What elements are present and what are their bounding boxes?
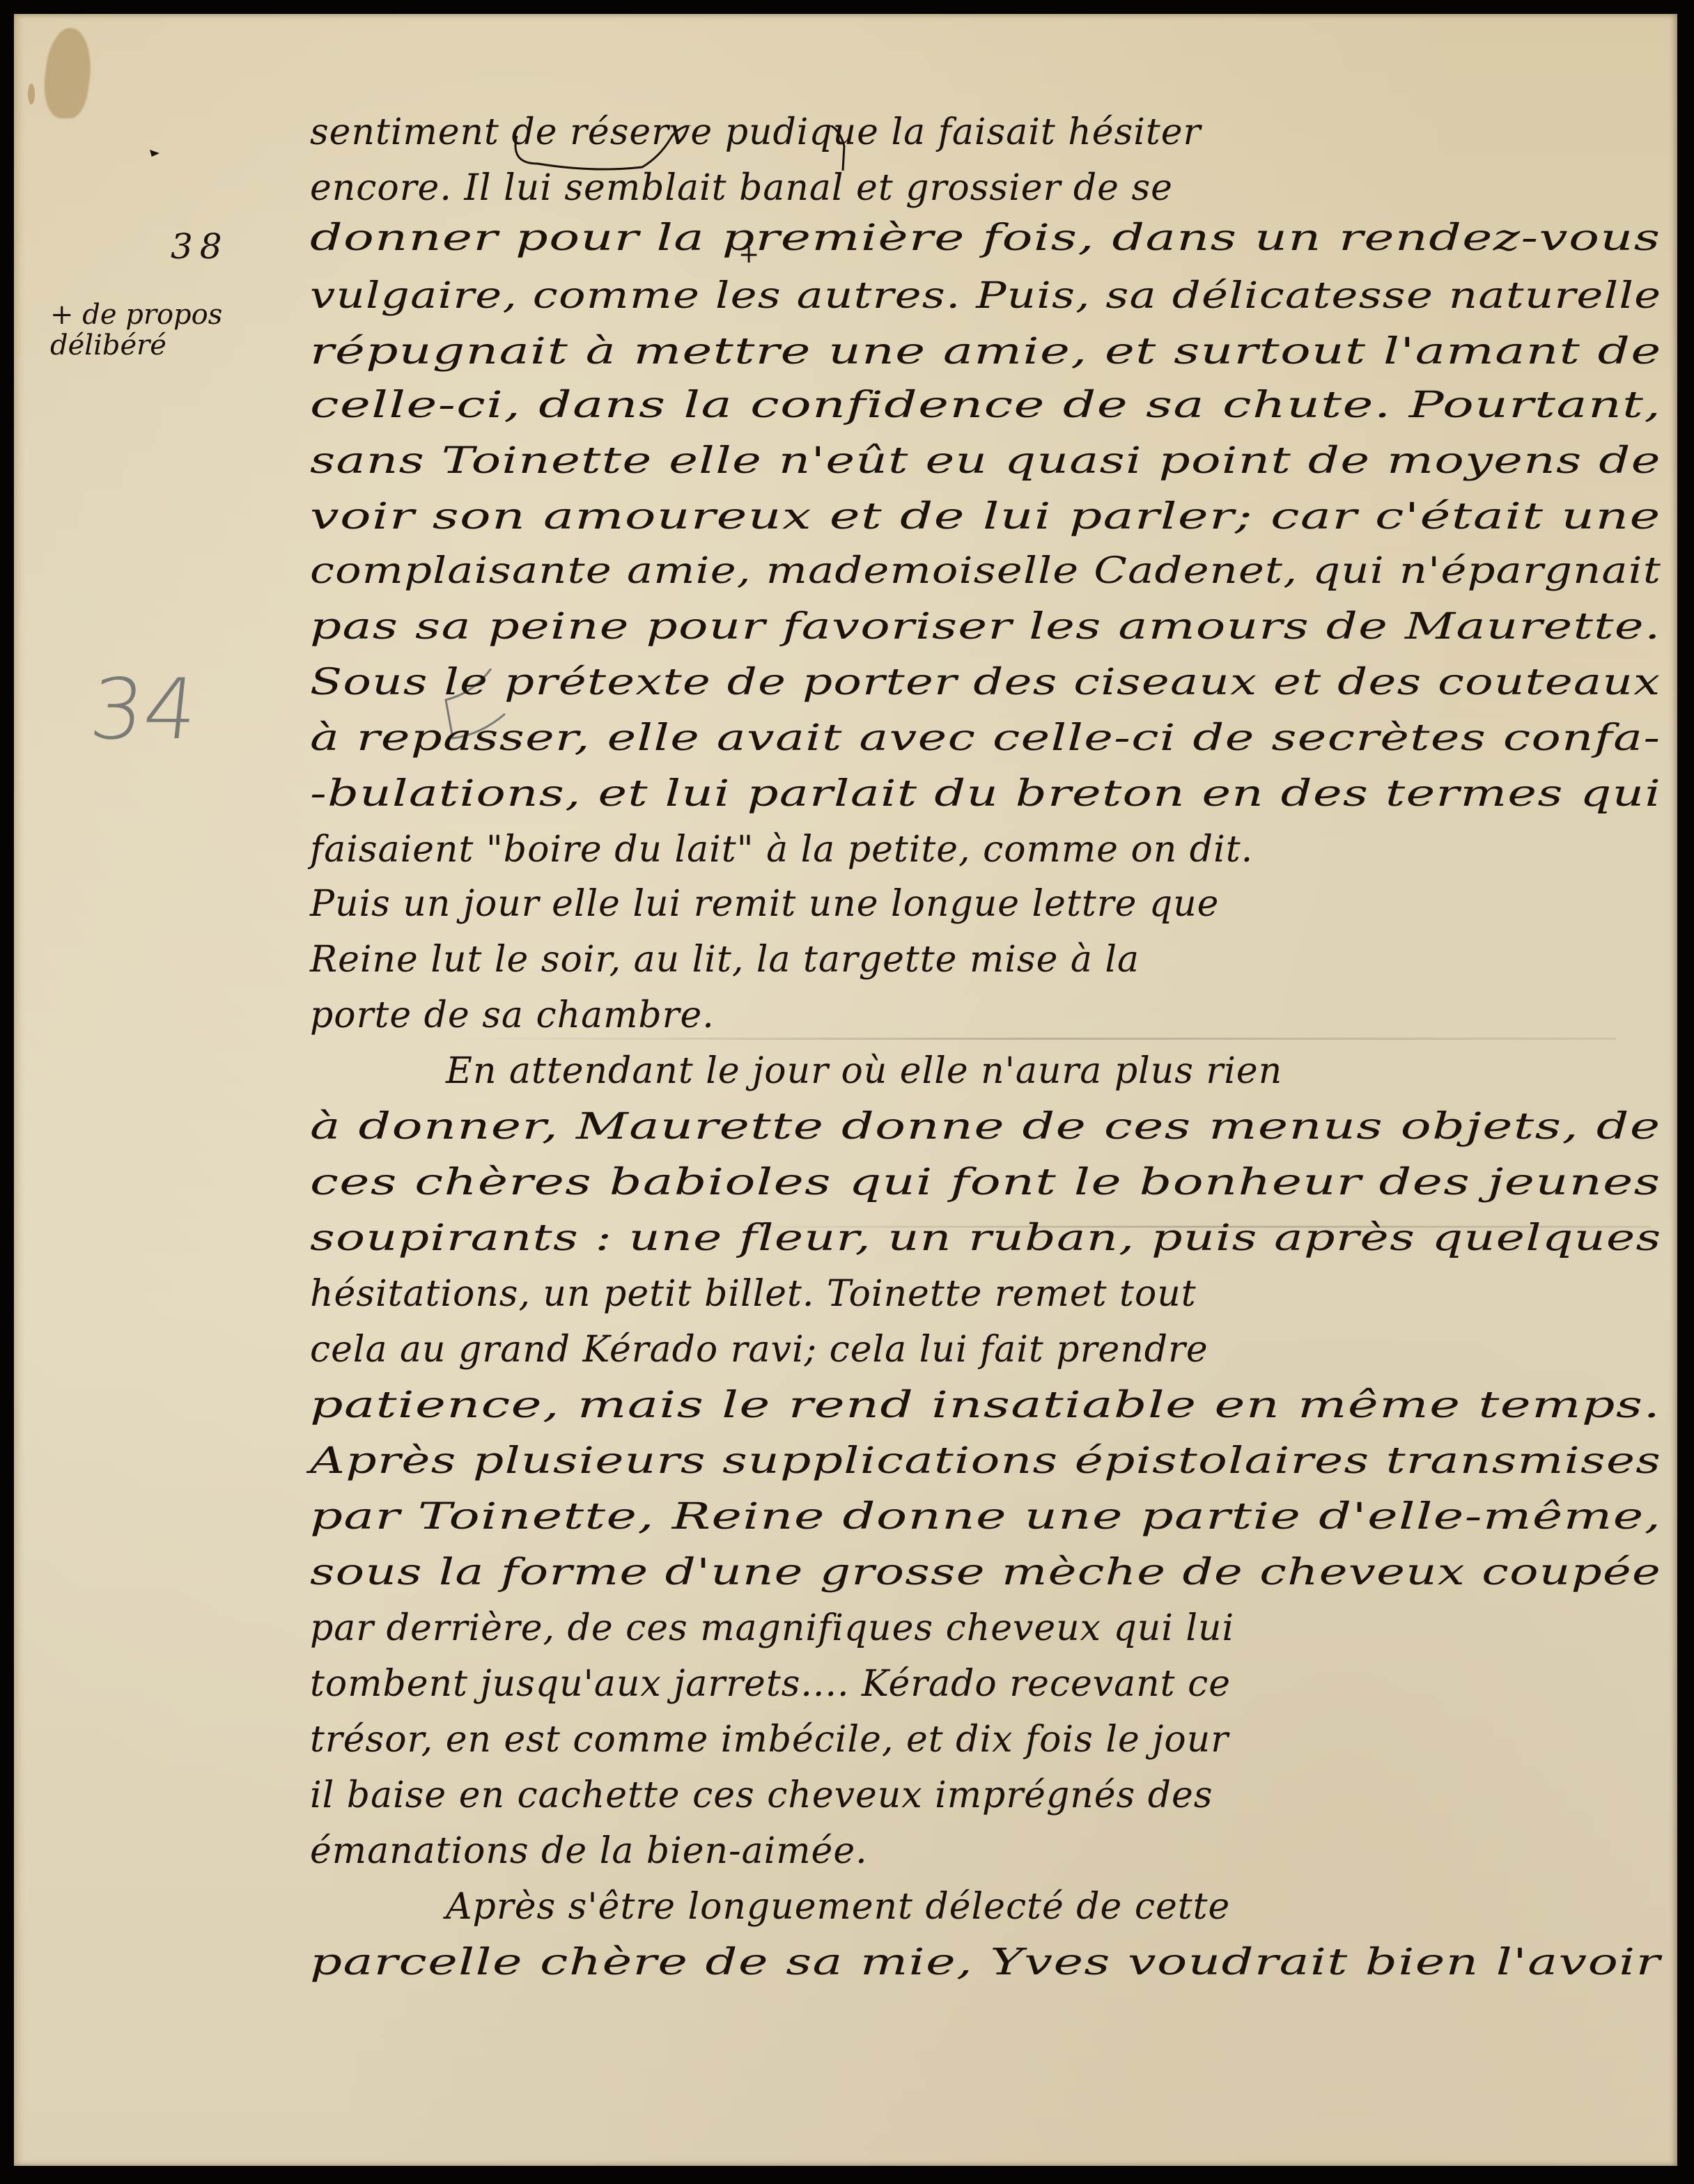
- manuscript-line: faisaient "boire du lait" à la petite, c…: [310, 829, 1253, 871]
- pencil-folio-number: 34: [86, 662, 202, 758]
- manuscript-line: vulgaire, comme les autres. Puis, sa dél…: [310, 275, 1661, 317]
- manuscript-line: Puis un jour elle lui remit une longue l…: [310, 883, 1219, 925]
- paper-crease: [432, 1038, 1616, 1040]
- manuscript-line: hésitations, un petit billet. Toinette r…: [310, 1273, 1197, 1315]
- manuscript-line: voir son amoureux et de lui parler; car …: [310, 496, 1661, 538]
- manuscript-line: par derrière, de ces magnifiques cheveux…: [310, 1607, 1234, 1649]
- manuscript-line: cela au grand Kérado ravi; cela lui fait…: [310, 1329, 1209, 1371]
- manuscript-line: il baise en cachette ces cheveux imprégn…: [310, 1774, 1213, 1816]
- manuscript-line: Après plusieurs supplications épistolair…: [310, 1440, 1661, 1482]
- manuscript-line: porte de sa chambre.: [310, 994, 715, 1036]
- manuscript-line: -bulations, et lui parlait du breton en …: [310, 773, 1661, 815]
- manuscript-line: patience, mais le rend insatiable en mêm…: [310, 1384, 1661, 1426]
- manuscript-line: sentiment de réserve pudique la faisait …: [310, 111, 1201, 153]
- water-stain: [39, 28, 97, 118]
- manuscript-line: répugnait à mettre une amie, et surtout …: [310, 331, 1662, 373]
- manuscript-line: soupirants : une fleur, un ruban, puis a…: [310, 1217, 1662, 1259]
- manuscript-line: trésor, en est comme imbécile, et dix fo…: [310, 1719, 1229, 1761]
- manuscript-line: ces chères babioles qui font le bonheur …: [310, 1162, 1661, 1203]
- manuscript-line: à donner, Maurette donne de ces menus ob…: [310, 1106, 1661, 1148]
- folio-number: 38: [171, 226, 229, 267]
- manuscript-page: 38 + de propos délibéré 34 + sentiment d…: [14, 14, 1677, 2166]
- manuscript-line: émanations de la bien-aimée.: [310, 1830, 868, 1872]
- manuscript-line: Sous le prétexte de porter des ciseaux e…: [310, 662, 1661, 703]
- ink-speck: [150, 150, 160, 157]
- manuscript-line: pas sa peine pour favoriser les amours d…: [310, 606, 1661, 648]
- manuscript-line: En attendant le jour où elle n'aura plus…: [446, 1050, 1282, 1092]
- manuscript-line: complaisante amie, mademoiselle Cadenet,…: [310, 550, 1661, 592]
- manuscript-line: à repasser, elle avait avec celle-ci de …: [310, 717, 1661, 759]
- manuscript-line: encore. Il lui semblait banal et grossie…: [310, 167, 1173, 209]
- margin-insertion-note: + de propos délibéré: [50, 299, 259, 361]
- manuscript-line: sous la forme d'une grosse mèche de chev…: [310, 1552, 1661, 1593]
- manuscript-line: celle-ci, dans la confidence de sa chute…: [310, 384, 1661, 426]
- edge-stain: [28, 84, 35, 104]
- manuscript-line: sans Toinette elle n'eût eu quasi point …: [310, 440, 1661, 482]
- manuscript-line: Après s'être longuement délecté de cette: [446, 1886, 1230, 1928]
- manuscript-line: par Toinette, Reine donne une partie d'e…: [310, 1496, 1661, 1538]
- manuscript-line: donner pour la première fois, dans un re…: [310, 217, 1661, 259]
- manuscript-line: Reine lut le soir, au lit, la targette m…: [310, 939, 1140, 981]
- manuscript-line: tombent jusqu'aux jarrets.... Kérado rec…: [310, 1663, 1231, 1705]
- manuscript-line: parcelle chère de sa mie, Yves voudrait …: [310, 1942, 1661, 1983]
